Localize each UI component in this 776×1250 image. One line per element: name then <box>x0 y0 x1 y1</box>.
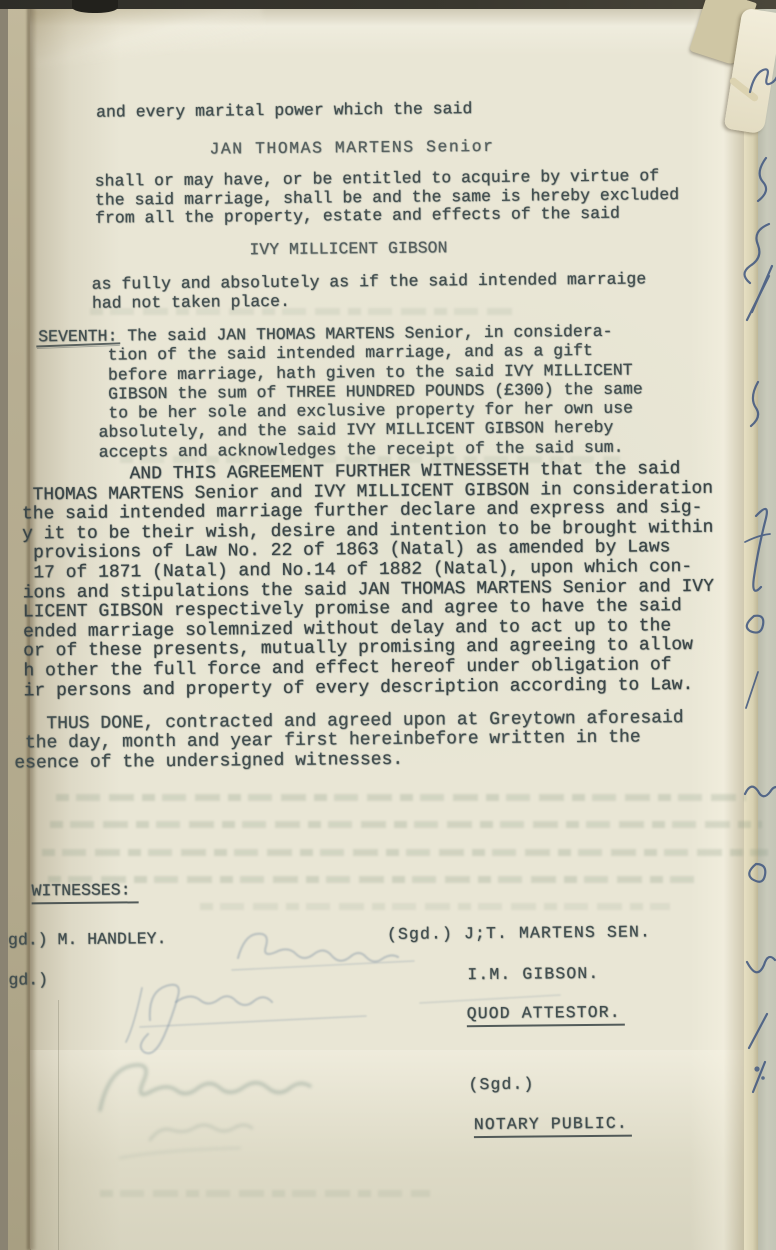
notary-public-label: NOTARY PUBLIC. <box>474 1115 632 1138</box>
paragraph-witnesseth: AND THIS AGREEMENT FURTHER WITNESSETH th… <box>21 460 715 702</box>
witness-signature-2: gd.) <box>8 971 48 990</box>
bride-name-heading: IVY MILLICENT GIBSON <box>249 239 447 259</box>
scanned-document-photo: and every marital power which the said J… <box>0 0 776 1250</box>
bride-signature: I.M. GIBSON. <box>467 965 599 985</box>
witness-signature-1: gd.) M. HANDLEY. <box>8 930 167 950</box>
paragraph-as-fully: as fully and absolutely as if the said i… <box>92 270 647 313</box>
paragraph-thus-done: THUS DONE, contracted and agreed upon at… <box>14 709 684 774</box>
witnesses-heading: WITNESSES: <box>31 881 138 904</box>
groom-signature: (Sgd.) J;T. MARTENS SEN. <box>387 923 651 944</box>
typewritten-content: and every marital power which the said J… <box>0 0 776 1250</box>
groom-name-heading: JAN THOMAS MARTENS Senior <box>209 138 494 159</box>
paragraph-marital-power: and every marital power which the said <box>96 100 472 122</box>
paragraph-seventh-clause: SEVENTH: The said JAN THOMAS MARTENS Sen… <box>38 321 643 462</box>
paragraph-exclusion: shall or may have, or be entitled to acq… <box>95 167 680 228</box>
quod-attestor-label: QUOD ATTESTOR. <box>467 1004 625 1027</box>
notary-sgd-label: (Sgd.) <box>468 1076 534 1095</box>
